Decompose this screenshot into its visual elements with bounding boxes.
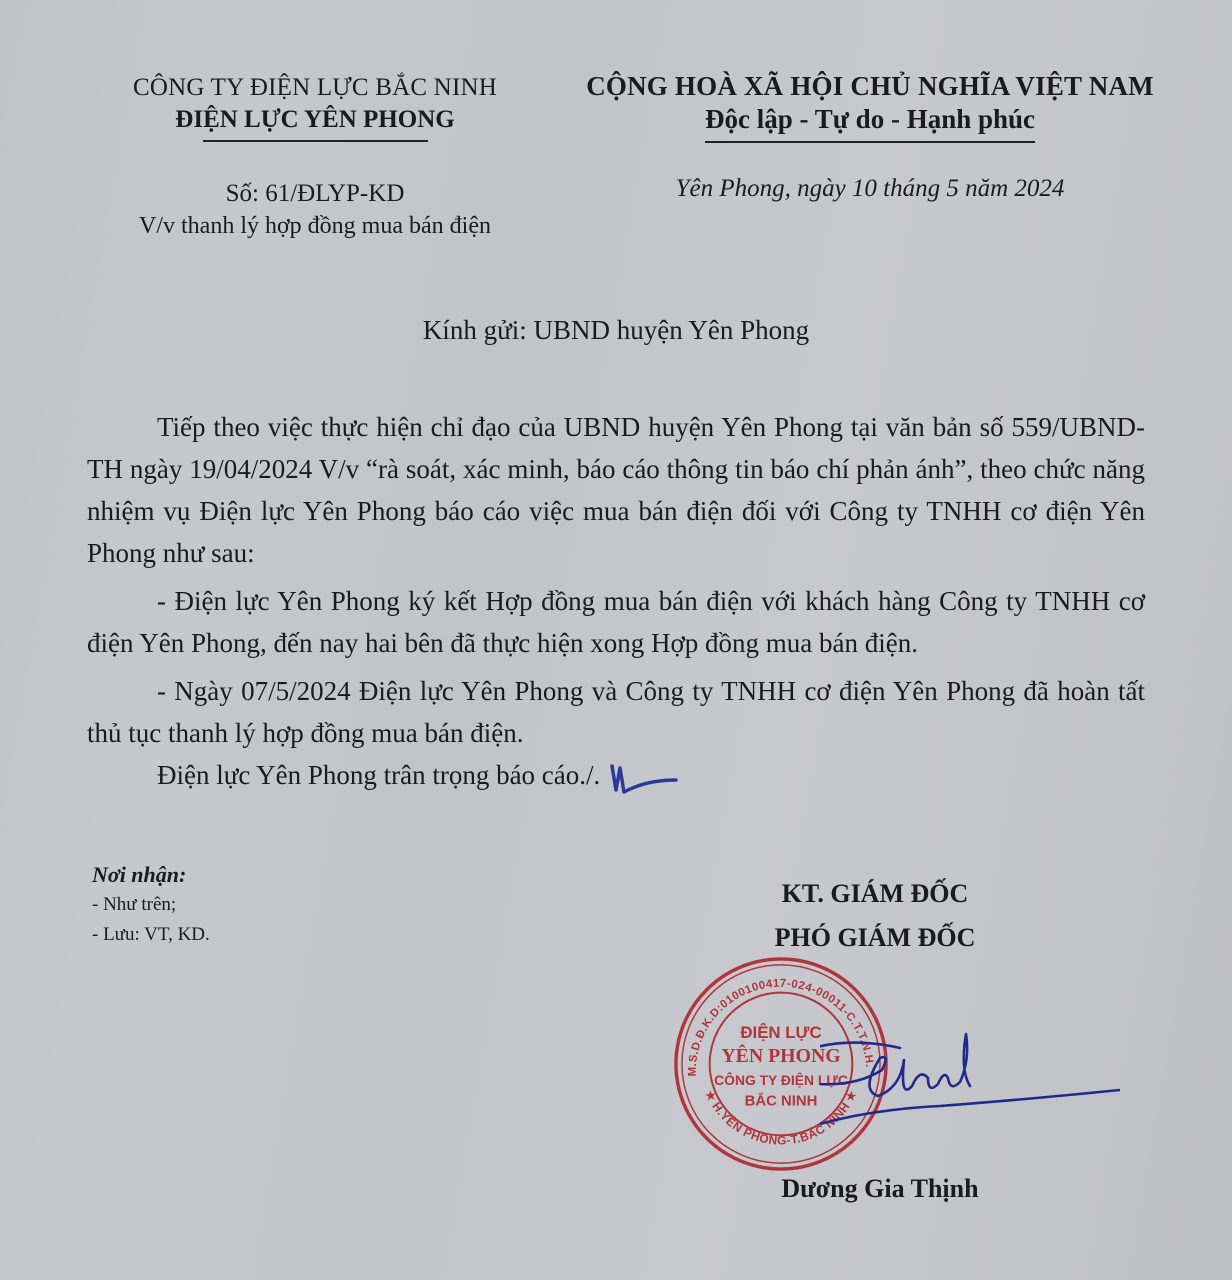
header-underline	[203, 140, 428, 142]
parent-organization: CÔNG TY ĐIỆN LỰC BẮC NINH	[100, 72, 530, 104]
body-paragraph: Tiếp theo việc thực hiện chỉ đạo của UBN…	[87, 406, 1145, 574]
recipient-item: - Như trên;	[92, 890, 210, 920]
closing-text: Điện lực Yên Phong trân trọng báo cáo./.	[157, 760, 600, 790]
recipients-block: Nơi nhận: - Như trên; - Lưu: VT, KD.	[92, 860, 210, 950]
recipient-item: - Lưu: VT, KD.	[92, 920, 210, 950]
place-date: Yên Phong, ngày 10 tháng 5 năm 2024	[540, 173, 1200, 205]
document-page: CÔNG TY ĐIỆN LỰC BẮC NINH ĐIỆN LỰC YÊN P…	[0, 0, 1232, 1280]
national-motto: Độc lập - Tự do - Hạnh phúc	[540, 102, 1200, 136]
stamp-line-4: BẮC NINH	[745, 1092, 818, 1110]
signer-name: Dương Gia Thịnh	[720, 1174, 1040, 1204]
motto-underline	[705, 141, 1035, 143]
document-number: Số: 61/ĐLYP-KD	[100, 178, 530, 210]
signature-title: KT. GIÁM ĐỐC PHÓ GIÁM ĐỐC	[700, 872, 1050, 960]
document-subject: V/v thanh lý hợp đồng mua bán điện	[100, 210, 530, 242]
national-header: CỘNG HOÀ XÃ HỘI CHỦ NGHĨA VIỆT NAM Độc l…	[540, 70, 1200, 205]
body-paragraph: - Điện lực Yên Phong ký kết Hợp đồng mua…	[87, 580, 1145, 664]
stamp-line-1: ĐIỆN LỰC	[740, 1023, 821, 1042]
signature-title-line2: PHÓ GIÁM ĐỐC	[700, 916, 1050, 960]
document-body: Tiếp theo việc thực hiện chỉ đạo của UBN…	[87, 406, 1145, 798]
recipient-line: Kính gửi: UBND huyện Yên Phong	[0, 313, 1232, 347]
country-name: CỘNG HOÀ XÃ HỘI CHỦ NGHĨA VIỆT NAM	[540, 70, 1200, 102]
issuer-header: CÔNG TY ĐIỆN LỰC BẮC NINH ĐIỆN LỰC YÊN P…	[100, 72, 530, 242]
initials-mark-icon	[606, 758, 686, 798]
recipients-title: Nơi nhận:	[92, 860, 210, 890]
closing-paragraph: Điện lực Yên Phong trân trọng báo cáo./.	[87, 754, 1145, 798]
issuing-organization: ĐIỆN LỰC YÊN PHONG	[100, 104, 530, 136]
handwritten-signature-icon	[820, 1030, 1120, 1160]
signature-title-line1: KT. GIÁM ĐỐC	[700, 872, 1050, 916]
body-paragraph: - Ngày 07/5/2024 Điện lực Yên Phong và C…	[87, 670, 1145, 754]
